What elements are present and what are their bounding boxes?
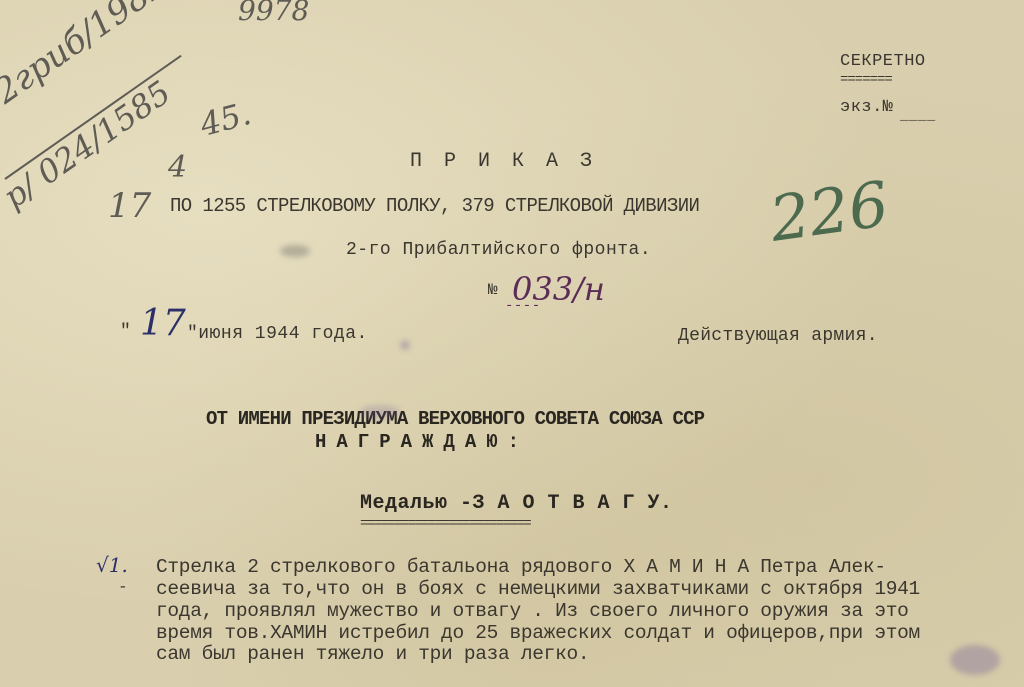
pencil-date-month: 4	[168, 150, 187, 185]
date-month-year: "июня 1944 года.	[187, 324, 368, 344]
ink-smudge	[360, 405, 400, 419]
green-pencil-number: 226	[765, 167, 892, 256]
pencil-archive-number: 9978	[238, 0, 309, 27]
ink-smudge	[280, 245, 310, 257]
medal-underline: =========================	[360, 516, 530, 532]
classification-stamp: СЕКРЕТНО	[840, 52, 926, 71]
ink-smudge	[950, 645, 1000, 675]
award-verb: НАГРАЖДАЮ:	[315, 431, 529, 453]
citation-line: года, проявлял мужество и отвагу . Из св…	[156, 600, 909, 622]
citation-line: сам был ранен тяжело и три раза легко.	[156, 643, 589, 665]
pencil-date-year: 45.	[196, 94, 255, 144]
order-unit-line: ПО 1255 СТРЕЛКОВОМУ ПОЛКУ, 379 СТРЕЛКОВО…	[170, 195, 699, 217]
date-day-handwritten: 17	[140, 303, 186, 344]
citation-line: сеевича за то,что он в боях с немецкими …	[156, 578, 920, 600]
front-name: 2-го Прибалтийского фронта.	[346, 240, 651, 260]
presidium-heading: ОТ ИМЕНИ ПРЕЗИДИУМА ВЕРХОВНОГО СОВЕТА СО…	[206, 408, 704, 430]
copy-number-label: экз.№	[840, 98, 894, 117]
classification-underline: =======	[840, 72, 892, 88]
citation-line: время тов.ХАМИН истребил до 25 вражеских…	[156, 622, 920, 644]
medal-heading: Медалью -З А О Т В А Г У.	[360, 492, 673, 515]
pencil-date-day: 17	[108, 186, 151, 226]
ink-spot	[400, 340, 410, 350]
copy-number-blank: ____	[900, 108, 936, 124]
order-title: ПРИКАЗ	[410, 150, 614, 173]
date-open-quote: "	[120, 322, 131, 342]
order-number-underline: ----	[505, 298, 541, 314]
citation-line: Стрелка 2 стрелкового батальона рядового…	[156, 556, 886, 578]
margin-dash: -	[118, 578, 128, 596]
order-number-sign: №	[488, 281, 498, 299]
item-check-mark: √1.	[96, 553, 128, 577]
location-line: Действующая армия.	[678, 326, 878, 346]
